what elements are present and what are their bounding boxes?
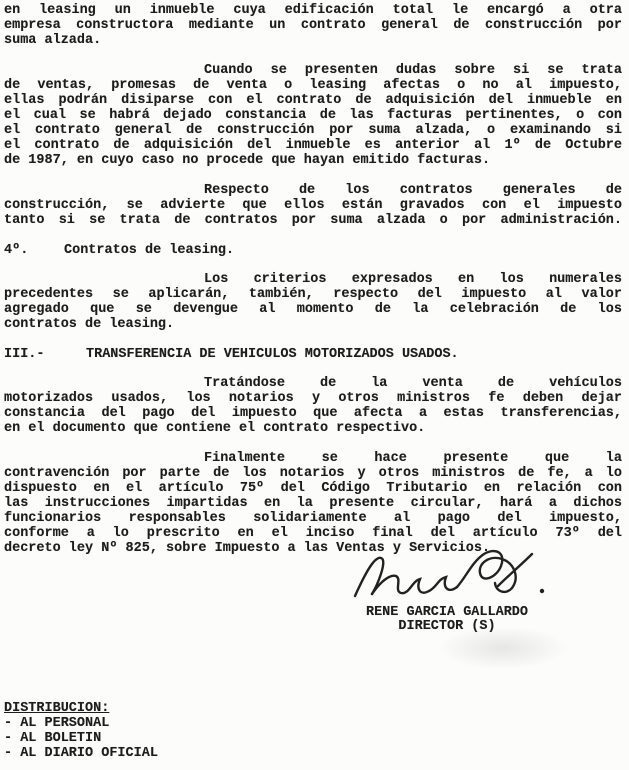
scan-noise-smudge [438,626,568,670]
section-heading-vehiculos: III.- TRANSFERENCIA DE VEHICULOS MOTORIZ… [4,347,622,362]
text-line: Los criterios expresados en los numerale… [4,272,622,287]
text-line: motorizados usados, los notarios y otros… [4,391,622,406]
text-line: dispuesto en el artículo 75º del Código … [4,481,622,496]
text-line: funcionarios responsables solidariamente… [4,511,622,526]
text-line: construcción, se advierte que ellos está… [4,198,622,213]
distribution-title: DISTRIBUCION: [4,701,158,716]
text-line: suma alzada. [4,33,622,48]
signature-scribble [350,544,560,608]
signer-name: RENE GARCIA GALLARDO [338,606,556,620]
paragraph-respecto: Respecto de los contratos generales de c… [4,183,622,228]
text-line: precedentes se aplicarán, también, respe… [4,287,622,302]
section-number: 4º. [4,243,64,258]
distribution-block: DISTRIBUCION: - AL PERSONAL - AL BOLETIN… [4,701,158,761]
text-line: tanto si se trata de contratos por suma … [4,213,622,228]
paragraph-tratandose: Tratándose de la venta de vehículos moto… [4,376,622,436]
paragraph-intro: en leasing un inmueble cuya edificación … [4,3,622,48]
scanned-document-page: en leasing un inmueble cuya edificación … [0,0,629,770]
paragraph-finalmente: Finalmente se hace presente que la contr… [4,451,622,556]
text-line: en leasing un inmueble cuya edificación … [4,3,622,18]
distribution-item: - AL PERSONAL [4,716,158,731]
distribution-item: - AL DIARIO OFICIAL [4,746,158,761]
section-title: Contratos de leasing. [64,243,234,258]
distribution-item: - AL BOLETIN [4,731,158,746]
text-line: contratos de leasing. [4,317,622,332]
text-line: de ventas, promesas de venta o leasing a… [4,78,622,93]
text-line: constancia del pago del impuesto que afe… [4,406,622,421]
text-line: Tratándose de la venta de vehículos [4,376,622,391]
text-line: conforme a lo prescrito en el inciso fin… [4,526,622,541]
section-title: TRANSFERENCIA DE VEHICULOS MOTORIZADOS U… [86,347,459,362]
text-line: Finalmente se hace presente que la [4,451,622,466]
text-line: Respecto de los contratos generales de [4,183,622,198]
text-line: ellas podrán disiparse con el contrato d… [4,93,622,108]
text-line: agregado que se devengue al momento de l… [4,302,622,317]
text-line: contravención por parte de los notarios … [4,466,622,481]
document-body: en leasing un inmueble cuya edificación … [4,3,622,571]
text-line: las instrucciones impartidas en la prese… [4,496,622,511]
text-line: empresa constructora mediante un contrat… [4,18,622,33]
section-heading-leasing: 4º. Contratos de leasing. [4,243,622,258]
text-line: el contrato general de construcción por … [4,123,622,138]
paragraph-dudas: Cuando se presenten dudas sobre si se tr… [4,63,622,168]
paragraph-criterios: Los criterios expresados en los numerale… [4,272,622,332]
section-number: III.- [4,347,86,362]
handwritten-signature-icon [350,544,560,608]
text-line: Cuando se presenten dudas sobre si se tr… [4,63,622,78]
text-line: de 1987, en cuyo caso no procede que hay… [4,153,622,168]
text-line: el contrato de adquisición del inmueble … [4,138,622,153]
text-line: en el documento que contiene el contrato… [4,421,622,436]
text-line: el cual se habrá dejado constancia de la… [4,108,622,123]
